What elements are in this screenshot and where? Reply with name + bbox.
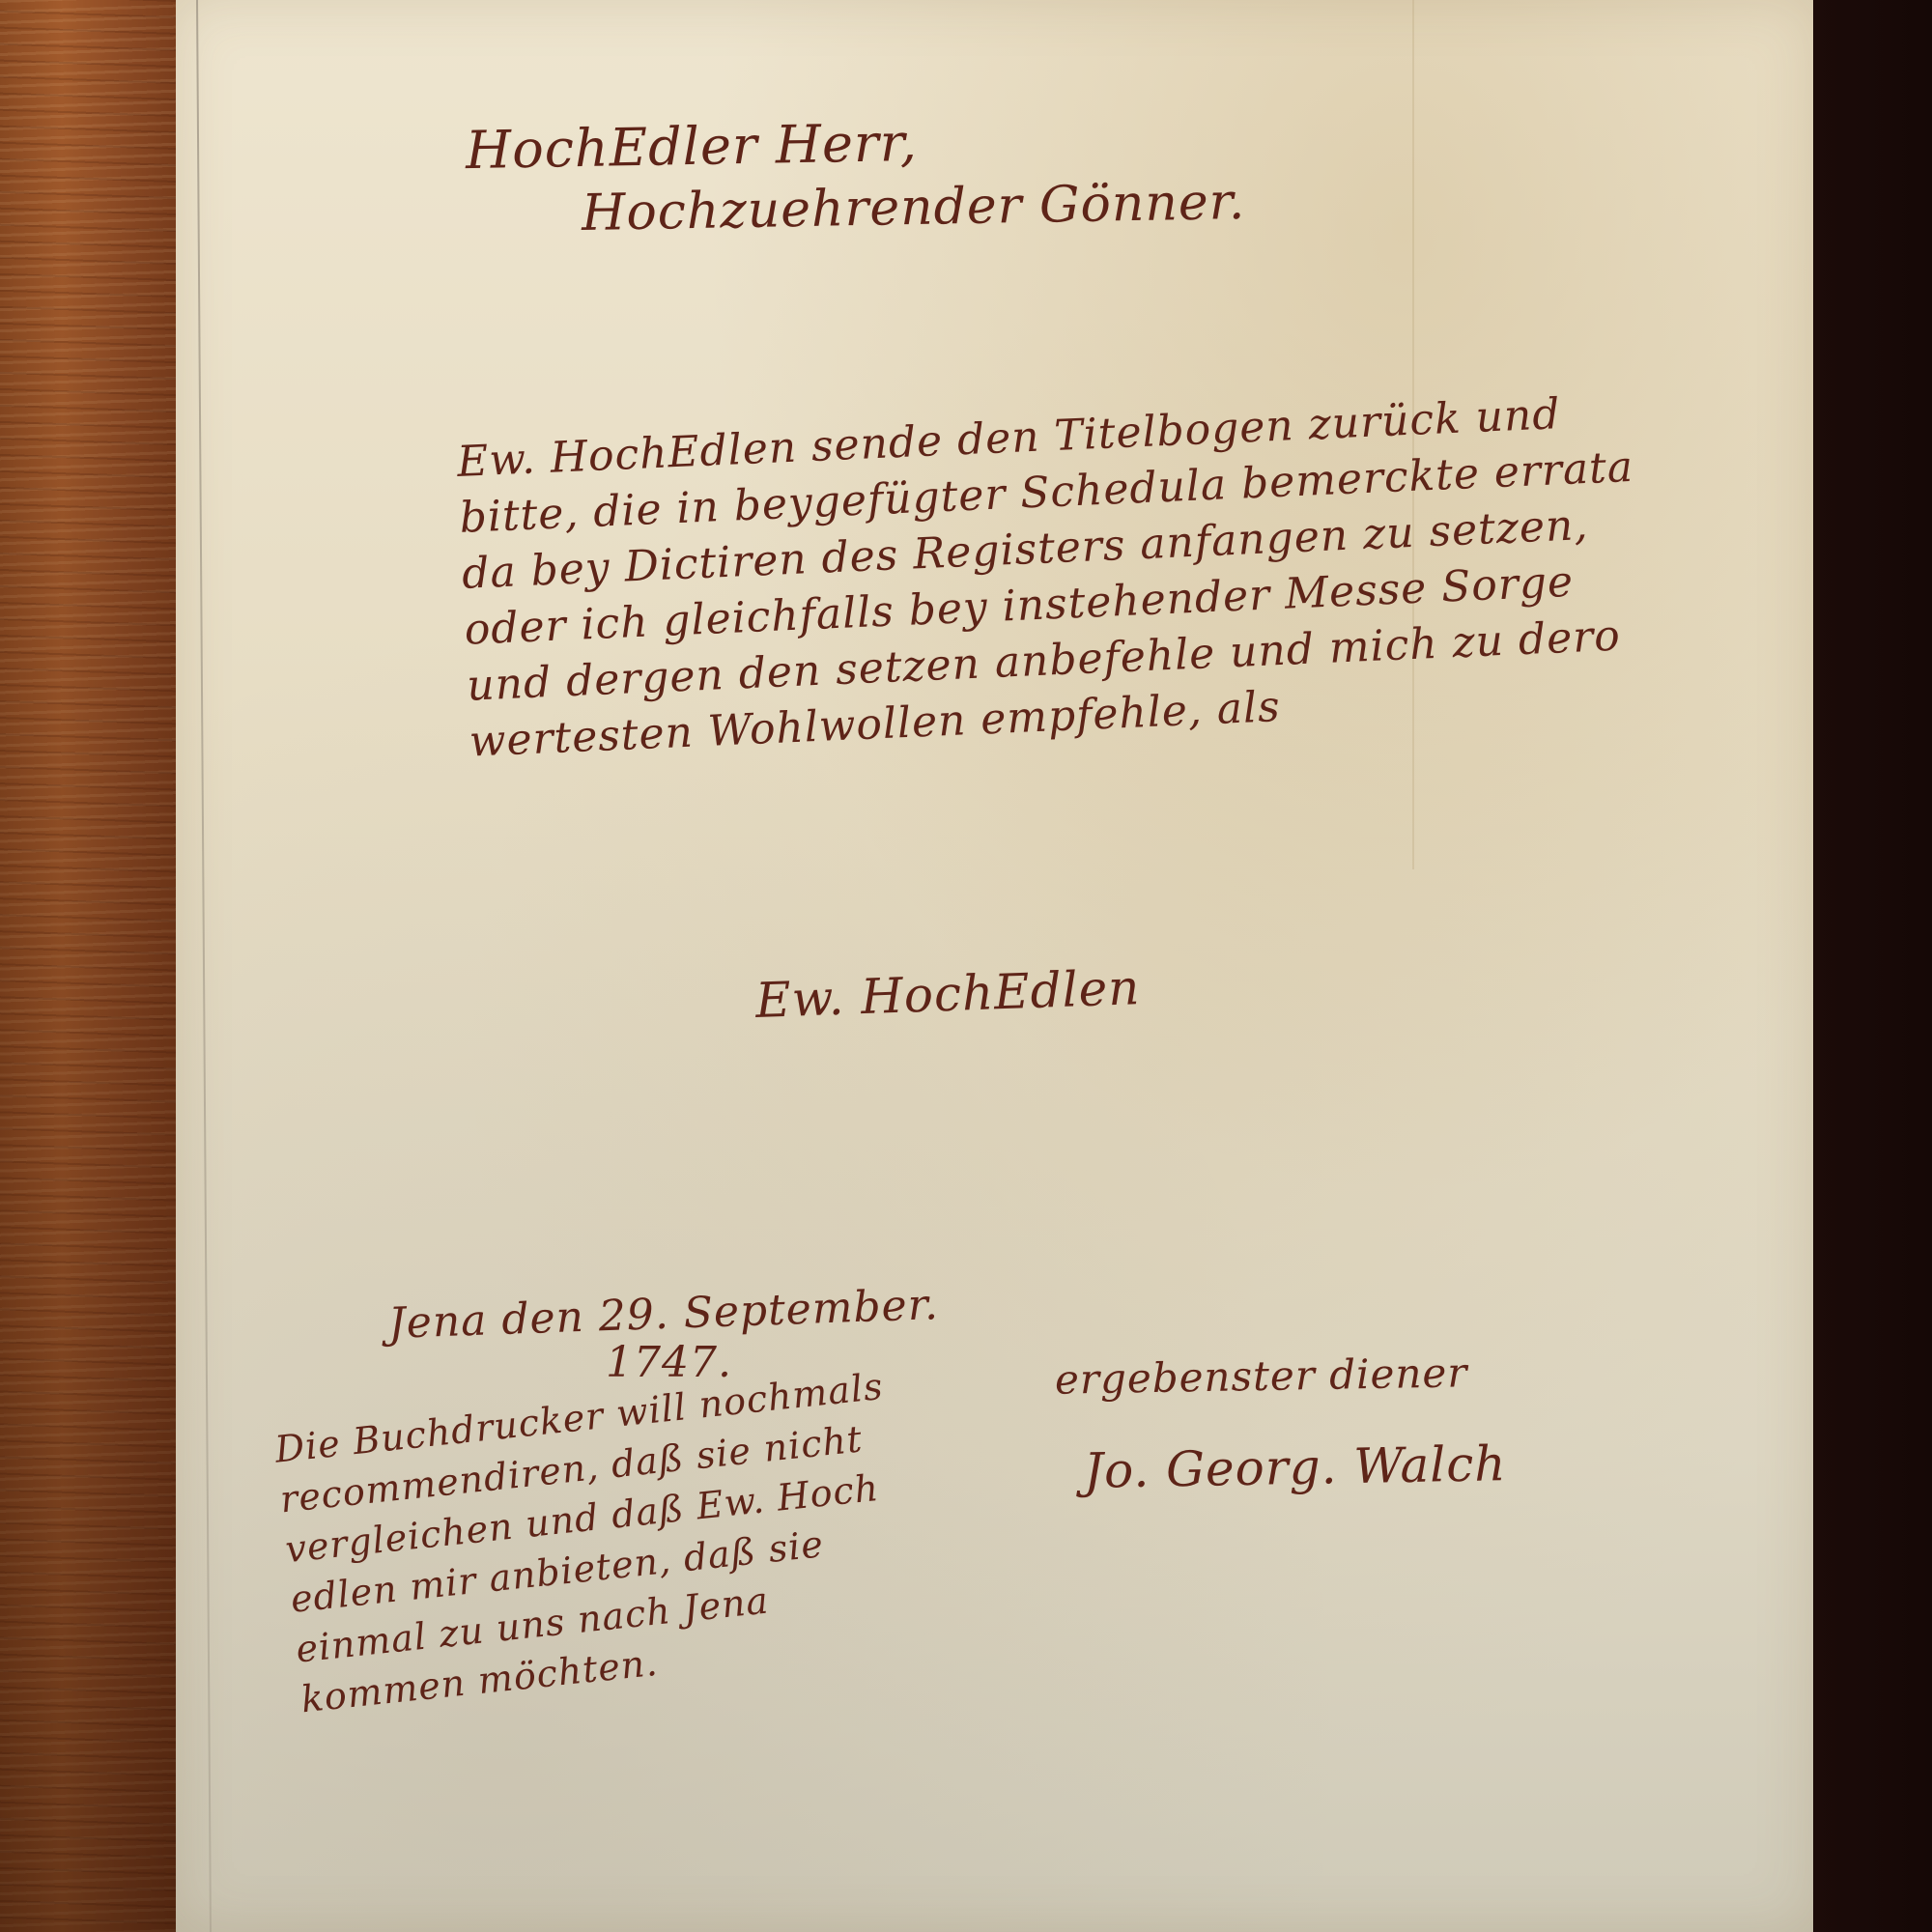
closing-address: Ew. HochEdlen xyxy=(754,959,1141,1029)
salutation-line-1: HochEdler Herr, xyxy=(465,112,918,181)
letter-paper: HochEdler Herr, Hochzuehrender Gönner. E… xyxy=(176,0,1813,1932)
salutation-line-2: Hochzuehrender Gönner. xyxy=(582,173,1246,242)
postscript: Die Buchdrucker will nochmals recommendi… xyxy=(272,1361,912,1724)
wooden-table-background xyxy=(0,0,178,1932)
signature-name: Jo. Georg. Walch xyxy=(1084,1435,1507,1499)
letter-body: Ew. HochEdlen sende den Titelbogen zurüc… xyxy=(456,384,1644,771)
signature-valediction: ergebenster diener xyxy=(1055,1349,1468,1403)
dark-background xyxy=(1813,0,1932,1932)
paper-edge-crease xyxy=(196,0,212,1932)
